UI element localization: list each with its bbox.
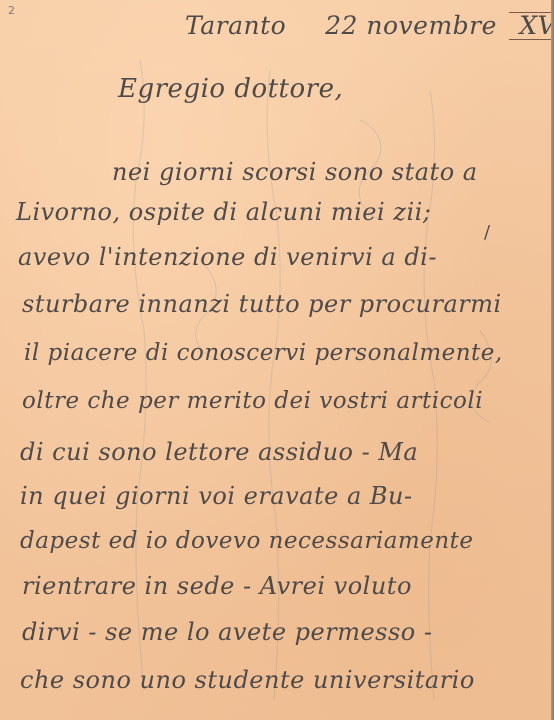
letter-line-5: il piacere di conoscervi personalmente, (24, 342, 503, 365)
letter-line-4: sturbare innanzi tutto per procurarmi (22, 292, 502, 316)
letter-line-3: avevo l'intenzione di venirvi a di- (18, 245, 437, 269)
letter-line-2: Livorno, ospite di alcuni miei zii; (16, 200, 431, 224)
letter-dateline: Taranto 22 novembre XVII (185, 12, 554, 40)
salutation: Egregio dottore, (118, 76, 343, 102)
letter-page: 2 Taranto 22 novembre XVII Egregio dotto… (0, 0, 554, 720)
letter-line-1: nei giorni scorsi sono stato a (112, 160, 478, 184)
letter-line-11: dirvi - se me lo avete permesso - (22, 620, 432, 644)
letter-line-6: oltre che per merito dei vostri articoli (22, 390, 483, 413)
letter-line-9: dapest ed io dovevo necessariamente (20, 530, 474, 553)
letter-line-10: rientrare in sede - Avrei voluto (22, 574, 412, 598)
letter-line-8: in quei giorni voi eravate a Bu- (20, 484, 413, 508)
dateline-year-roman: XVII (509, 12, 554, 40)
ink-mark: / (484, 222, 490, 243)
letter-line-7: di cui sono lettore assiduo - Ma (20, 440, 418, 464)
dateline-month: novembre (366, 11, 497, 40)
page-number: 2 (8, 4, 15, 17)
dateline-day: 22 (325, 11, 358, 40)
dateline-place: Taranto (185, 11, 286, 40)
letter-line-12: che sono uno studente universitario (20, 668, 475, 692)
